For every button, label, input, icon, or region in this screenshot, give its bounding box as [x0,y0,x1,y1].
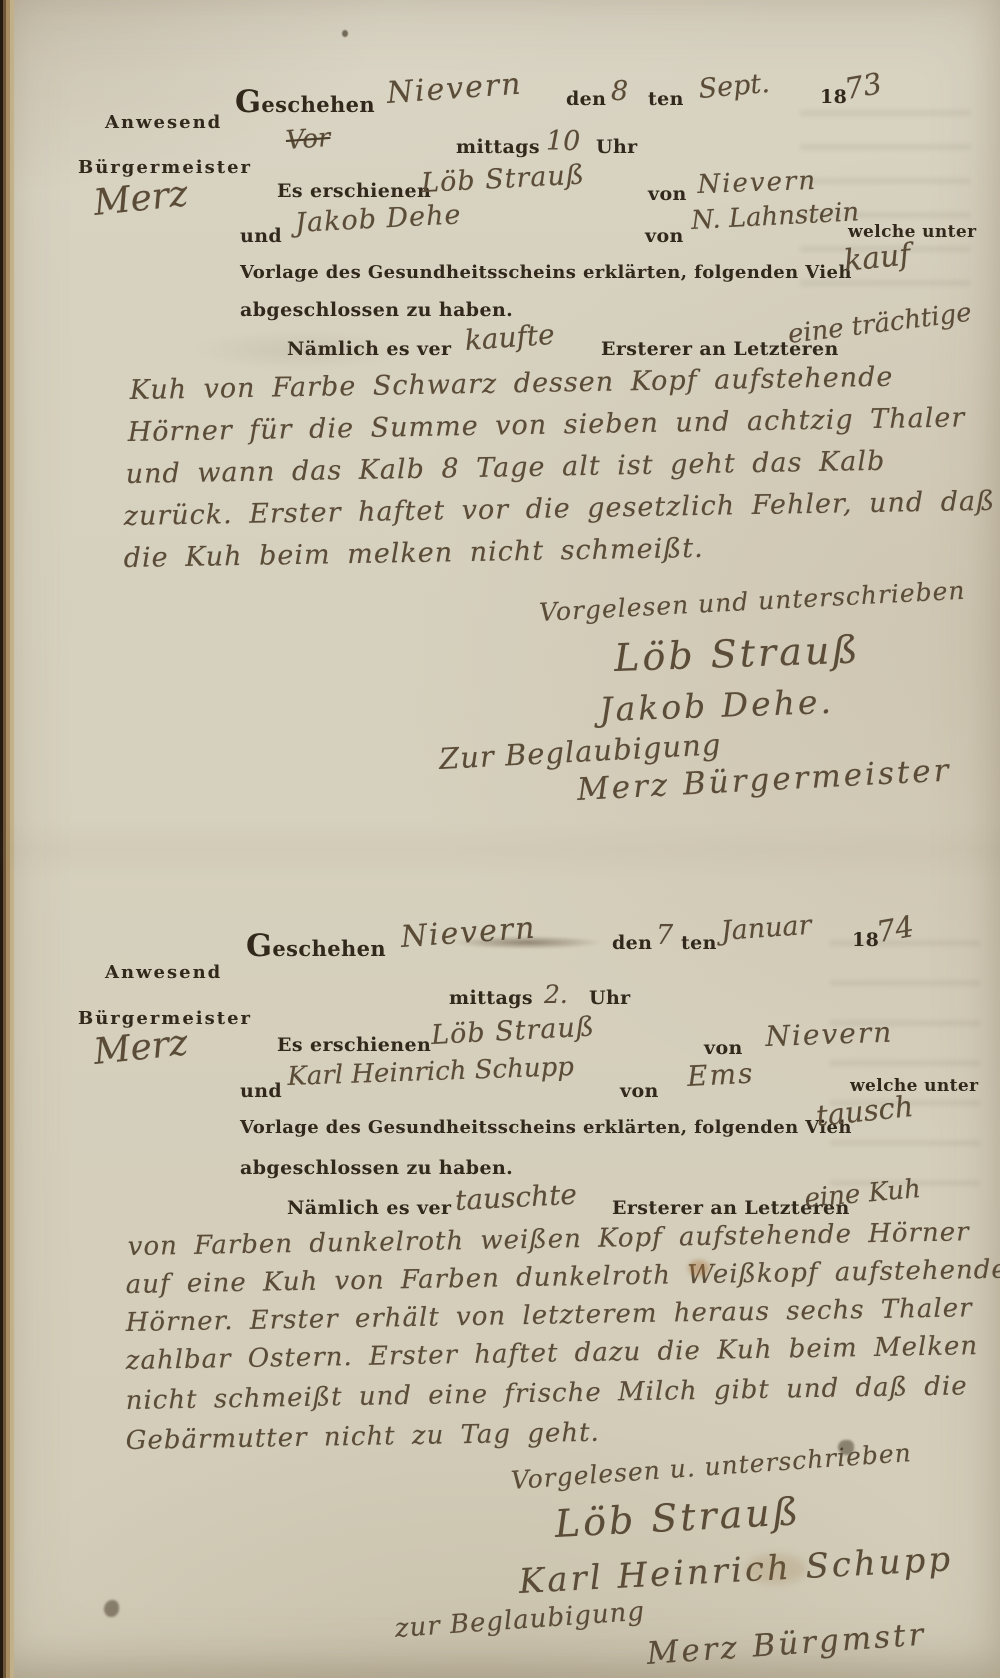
printed-abgeschlossen: abgeschlossen zu haben. [240,1157,513,1179]
handwritten-party1-place: Nievern [765,1016,894,1053]
handwritten-hour: 2. [544,980,568,1009]
handwritten-transaction-type: tausch [814,1089,914,1133]
scanned-register-page: Anwesend Bürgermeister Merz Geschehen Ni… [0,0,1000,1678]
printed-von-1: von [704,1037,743,1059]
printed-naemlich: Nämlich es ver [287,1197,451,1219]
handwritten-party2-place: Ems [686,1057,755,1093]
handwritten-day: 7 [656,920,673,951]
handwritten-body-line: zahlbar Ostern. Erster haftet dazu die K… [125,1331,978,1376]
handwritten-month: Januar [720,910,813,947]
printed-mittags: mittags [449,987,533,1009]
handwritten-body-line: Gebärmutter nicht zu Tag geht. [125,1418,600,1456]
printed-century: 18 [852,929,879,951]
handwritten-verb: tauschte [454,1178,577,1217]
printed-und: und [240,1080,282,1102]
handwritten-lead-in: eine Kuh [803,1174,922,1214]
printed-es-erschienen: Es erschienen [277,1034,431,1056]
printed-geschehen: Geschehen [246,928,386,964]
printed-ten: ten [681,932,717,954]
handwritten-body-line: auf eine Kuh von Farben dunkelroth Weißk… [125,1255,1000,1300]
printed-von-2: von [620,1080,659,1102]
margin-mayor-signature: Merz [92,1022,190,1073]
handwritten-attestation: zur Beglaubigung [394,1597,646,1644]
handwritten-body-line: Hörner. Erster erhält von letzterem hera… [125,1293,972,1338]
handwritten-body-line: nicht schmeißt und eine frische Milch gi… [125,1371,967,1416]
margin-anwesend-label: Anwesend [105,962,222,983]
handwritten-year: 74 [874,909,916,949]
handwritten-body-line: von Farben dunkelroth weißen Kopf aufste… [127,1217,969,1262]
printed-vorlage-line: Vorlage des Gesundheitsscheins erklärten… [240,1117,852,1138]
signature-mayor: Merz Bürgmstr [645,1617,927,1672]
signature-party2: Karl Heinrich Schupp [518,1539,954,1602]
handwritten-place: Nievern [400,911,538,955]
printed-uhr: Uhr [589,987,631,1009]
handwritten-party2-name: Karl Heinrich Schupp [287,1052,574,1092]
protocol-entry-1874: Anwesend Bürgermeister Merz Geschehen Ni… [0,0,1000,1678]
signature-party1: Löb Strauß [554,1489,802,1546]
printed-den: den [612,932,652,954]
handwritten-party1-name: Löb Strauß [430,1011,595,1051]
